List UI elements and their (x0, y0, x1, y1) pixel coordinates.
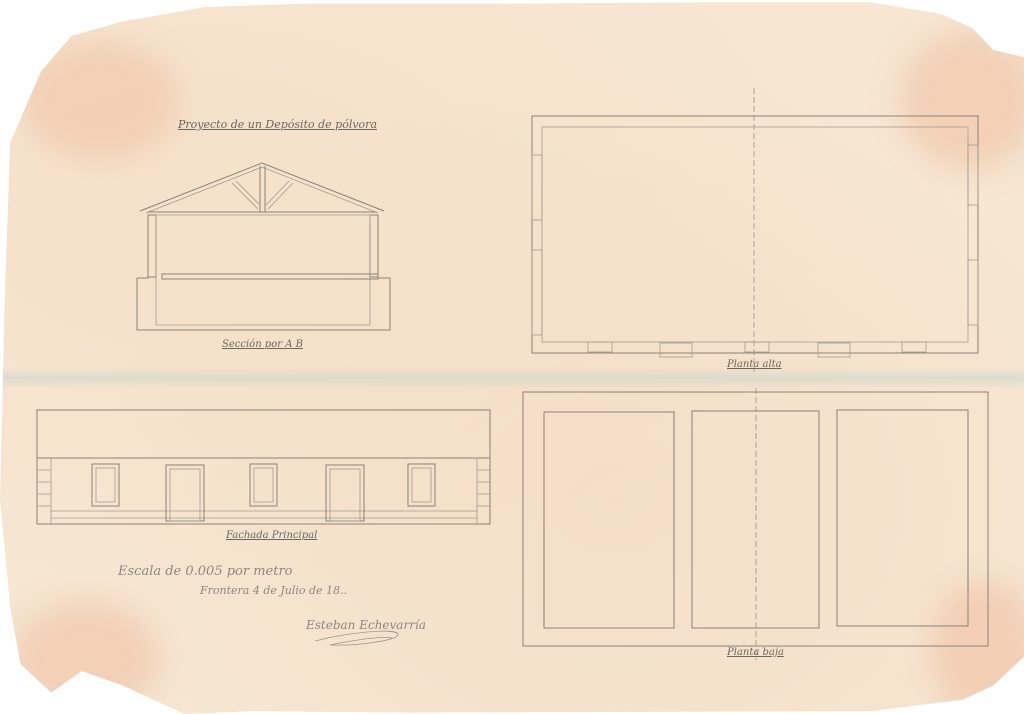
elevation-label: Fachada Principal (226, 530, 317, 541)
scale-note: Escala de 0.005 por metro (118, 564, 293, 579)
drawing-canvas (0, 0, 1024, 714)
upper-plan-drawing (532, 88, 978, 372)
signature: Esteban Echevarría (306, 618, 426, 632)
elevation-drawing (37, 410, 490, 524)
signature-flourish (315, 631, 398, 645)
upper-plan-label: Planta alta (727, 359, 782, 370)
ground-plan-label: Planta baja (727, 647, 784, 658)
place-date-note: Frontera 4 de Julio de 18.. (200, 584, 347, 597)
section-label: Sección por A B (222, 339, 303, 350)
section-drawing (137, 163, 390, 330)
ground-plan-drawing (523, 388, 988, 660)
document-title: Proyecto de un Depósito de pólvora (178, 118, 377, 131)
